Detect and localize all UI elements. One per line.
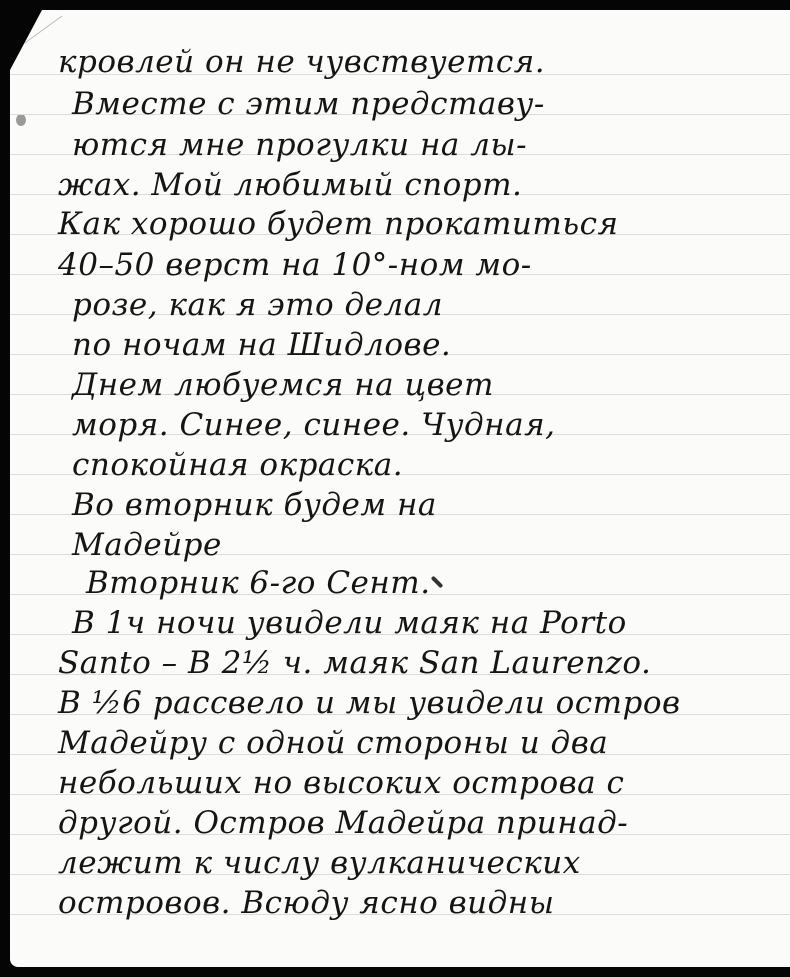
text-line: Santo – В 2½ ч. маяк San Laurenzo. — [58, 645, 651, 681]
text-line: Мадейре — [72, 527, 222, 563]
text-line: кровлей он не чувствуется. — [58, 44, 545, 80]
text-line: лежит к числу вулканических — [58, 845, 581, 881]
text-line: Во вторник будем на — [72, 487, 437, 523]
text-line: Мадейру с одной стороны и два — [58, 725, 608, 761]
text-line: 40–50 верст на 10°-ном мо- — [58, 247, 532, 283]
text-line: розе, как я это делал — [72, 287, 443, 323]
text-line: небольших но высоких острова с — [58, 765, 624, 801]
text-line: моря. Синее, синее. Чудная, — [72, 407, 555, 443]
text-line: В ½6 рассвело и мы увидели остров — [58, 685, 681, 721]
text-line: по ночам на Шидлове. — [72, 327, 451, 363]
ink-blot — [431, 576, 444, 589]
text-line: спокойная окраска. — [72, 447, 403, 483]
text-line: другой. Остров Мадейра принад- — [58, 805, 628, 841]
text-line: Как хорошо будет прокатиться — [58, 206, 619, 242]
paper-sheet: кровлей он не чувствуется. Вместе с этим… — [10, 10, 790, 967]
text-line: В 1ч ночи увидели маяк на Porto — [72, 605, 627, 641]
text-line: Днем любуемся на цвет — [72, 367, 494, 403]
date-heading: Вторник 6-го Сент. — [86, 565, 431, 601]
text-line: ются мне прогулки на лы- — [72, 127, 527, 163]
text-line: жах. Мой любимый спорт. — [58, 167, 522, 203]
text-line: островов. Всюду ясно видны — [58, 885, 554, 921]
ink-spot — [16, 114, 26, 126]
text-line: Вместе с этим представу- — [72, 86, 545, 122]
